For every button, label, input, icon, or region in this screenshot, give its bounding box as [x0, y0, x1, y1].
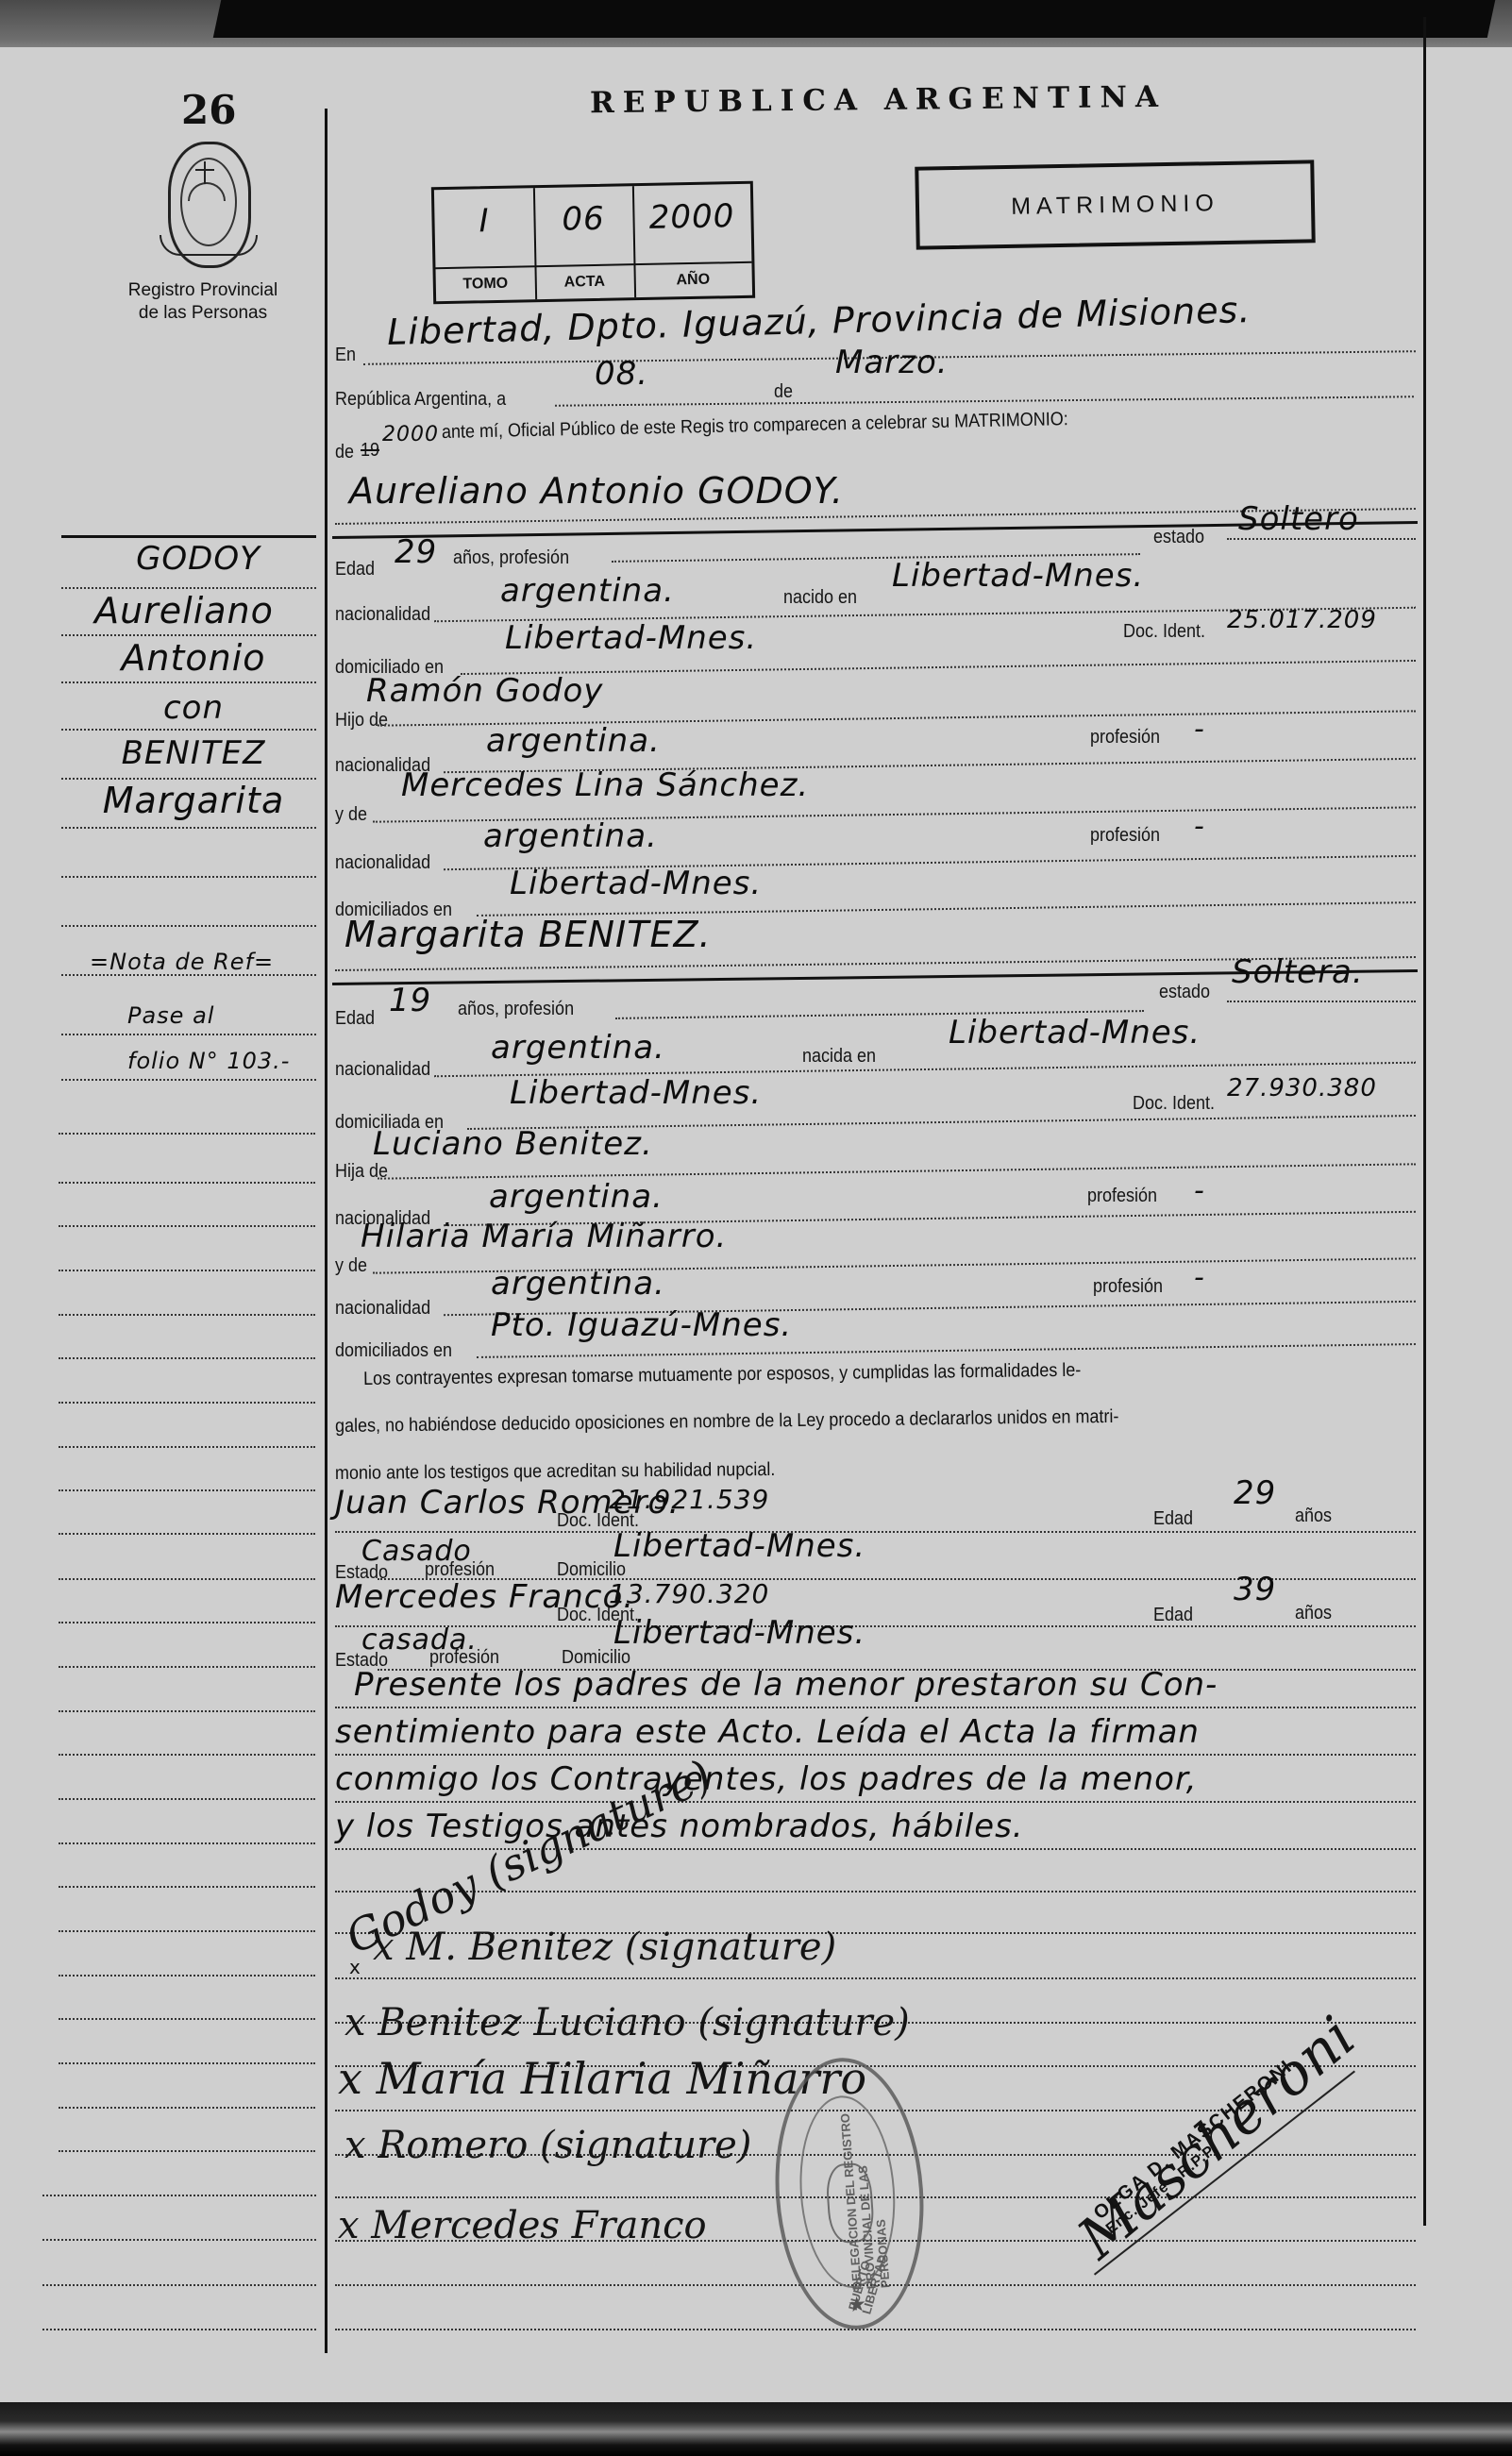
tomo-label: TOMO: [435, 265, 535, 301]
groom-father-prof: -: [1194, 713, 1205, 746]
note-line-2: sentimiento para este Acto. Leída el Act…: [335, 1713, 1200, 1751]
margin-rule: [59, 1314, 315, 1316]
bride-estado-line: [1227, 1001, 1416, 1002]
year-de-label: de: [335, 442, 354, 463]
bride-nacionalidad-label: nacionalidad: [335, 1059, 430, 1081]
day-value: 08.: [595, 355, 648, 393]
witness-2-signature: x Mercedes Franco: [338, 2204, 707, 2247]
note-rule-3: [335, 1801, 1416, 1803]
witness-1-anos-label: años: [1295, 1506, 1332, 1527]
margin-rule: [61, 587, 316, 589]
bride-mother: Hilaria María Miñarro.: [361, 1218, 727, 1255]
margin-rule: [59, 1578, 315, 1580]
republica-label: República Argentina, a: [335, 389, 506, 411]
witness-2-edad: 39: [1234, 1571, 1276, 1608]
margin-rule: [59, 2018, 315, 2020]
note-rule-2: [335, 1754, 1416, 1756]
margin-rule: [61, 974, 316, 976]
witness-2-doc: 13.790.320: [609, 1578, 769, 1609]
bride-full-name: Margarita BENITEZ.: [344, 914, 712, 955]
bride-edad-label: Edad: [335, 1008, 375, 1030]
margin-rule: [61, 1079, 316, 1081]
margin-rule: [59, 1402, 315, 1404]
bride-parents-dom: Pto. Iguazú-Mnes.: [491, 1306, 792, 1344]
note-rule-1: [335, 1707, 1416, 1708]
margin-rule: [61, 634, 316, 636]
year-value: 2000: [382, 423, 439, 446]
witness-2-domicilio: Libertad-Mnes.: [613, 1614, 865, 1652]
groom-parents-dom: Libertad-Mnes.: [510, 865, 762, 902]
bride-nacida-en: Libertad-Mnes.: [949, 1014, 1201, 1051]
bride-doc: 27.930.380: [1227, 1074, 1377, 1102]
signature-rule: [335, 1977, 1416, 1979]
margin-rule: [59, 1225, 315, 1227]
groom-nacido-label: nacido en: [783, 587, 857, 609]
groom-edad-label: Edad: [335, 559, 375, 580]
groom-edad: 29: [395, 533, 437, 571]
bride-estado: Soltera.: [1232, 953, 1364, 991]
margin-divider-line: [325, 109, 328, 2353]
witness-1-doc: 21.921.539: [609, 1484, 769, 1515]
groom-mother-prof-label: profesión: [1090, 825, 1160, 847]
bride-father: Luciano Benitez.: [373, 1125, 653, 1163]
margin-rule: [59, 1489, 315, 1491]
margin-connector: con: [85, 689, 302, 727]
right-border-line: [1423, 17, 1426, 2226]
x-mark: x: [349, 1956, 361, 1978]
groom-mother-label: y de: [335, 804, 367, 826]
country-title: REPUBLICA ARGENTINA: [590, 80, 1167, 120]
groom-doc-label: Doc. Ident.: [1123, 621, 1205, 643]
groom-doc: 25.017.209: [1227, 606, 1377, 634]
witness-2-line: [335, 1625, 1416, 1627]
note-line-1: Presente los padres de la menor prestaro…: [354, 1666, 1218, 1704]
registry-line-2: de las Personas: [94, 302, 311, 325]
groom-nacionalidad: argentina.: [500, 572, 675, 610]
bride-father-signature: x Benitez Luciano (signature): [344, 2001, 910, 2044]
bride-signature: x M. Benitez (signature): [373, 1926, 836, 1969]
witness-1-line: [335, 1531, 1416, 1533]
bride-nacionalidad: argentina.: [491, 1029, 665, 1067]
groom-estado-label: estado: [1153, 527, 1204, 548]
margin-rule: [61, 1034, 316, 1035]
anio-value: 2000: [632, 197, 751, 237]
margin-rule: [59, 1666, 315, 1668]
bride-nacida-label: nacida en: [802, 1046, 876, 1068]
margin-rule: [59, 1446, 315, 1448]
bride-mother-label: y de: [335, 1255, 367, 1277]
margin-rule: [59, 1842, 315, 1844]
margin-rule: [59, 1182, 315, 1184]
margin-groom-given-2: Antonio: [85, 637, 302, 679]
margin-rule: [59, 2062, 315, 2064]
groom-nacionalidad-label: nacionalidad: [335, 604, 430, 626]
groom-estado-line: [1227, 538, 1416, 540]
province-of-misiones-coat-of-arms-icon: [168, 142, 251, 268]
photo-bottom-edge: [0, 2402, 1512, 2456]
margin-rule: [59, 1533, 315, 1535]
margin-bride-surname: BENITEZ: [85, 734, 302, 772]
anio-cell: 2000 AÑO: [632, 184, 752, 297]
acta-label: ACTA: [534, 263, 634, 299]
margin-rule: [59, 1886, 315, 1888]
bride-mother-nac: argentina.: [491, 1265, 665, 1303]
margin-rule: [61, 681, 316, 683]
margin-rule: [59, 1798, 315, 1800]
record-number-box: I TOMO 06 ACTA 2000 AÑO: [431, 181, 755, 305]
declaration-line-3: monio ante los testigos que acreditan su…: [335, 1459, 775, 1485]
groom-mother-nac-label: nacionalidad: [335, 852, 430, 874]
acta-value: 06: [533, 199, 633, 239]
year-struck: 19: [361, 440, 379, 462]
bride-father-prof: -: [1194, 1174, 1205, 1207]
margin-rule: [59, 1133, 315, 1135]
star-icon: ★: [847, 2292, 866, 2317]
signature-rule: [335, 2329, 1416, 2330]
margin-rule: [61, 876, 316, 878]
margin-rule: [59, 1357, 315, 1359]
margin-note-line-3: folio N° 103.-: [127, 1048, 290, 1074]
note-line-3: conmigo los Contrayentes, los padres de …: [335, 1760, 1198, 1798]
groom-mother-prof: -: [1194, 810, 1205, 843]
margin-rule: [59, 1622, 315, 1623]
bride-estado-label: estado: [1159, 982, 1210, 1003]
margin-rule: [42, 2239, 316, 2241]
groom-father: Ramón Godoy: [366, 672, 603, 710]
bride-anos-label: años, profesión: [458, 999, 574, 1020]
bride-father-prof-label: profesión: [1087, 1186, 1157, 1207]
margin-rule: [61, 729, 316, 731]
record-type-box: MATRIMONIO: [915, 160, 1315, 249]
witness-2-edad-label: Edad: [1153, 1605, 1193, 1626]
bride-edad: 19: [389, 982, 431, 1019]
margin-rule: [42, 2195, 316, 2196]
margin-rule: [59, 1975, 315, 1977]
record-type-label: MATRIMONIO: [1011, 190, 1219, 221]
margin-rule: [59, 1710, 315, 1712]
bride-mother-signature: x María Hilaria Miñarro: [338, 2053, 866, 2104]
margin-rule: [59, 1754, 315, 1756]
groom-full-name: Aureliano Antonio GODOY.: [349, 470, 844, 512]
groom-mother: Mercedes Lina Sánchez.: [401, 766, 809, 804]
groom-mother-nac: argentina.: [483, 817, 658, 855]
groom-father-label: Hijo de: [335, 710, 388, 732]
margin-rule: [61, 827, 316, 829]
margin-rule: [42, 2329, 316, 2330]
margin-bride-given: Margarita: [85, 780, 302, 821]
bride-mother-nac-label: nacionalidad: [335, 1298, 430, 1320]
margin-rule: [61, 925, 316, 927]
groom-anos-label: años, profesión: [453, 547, 569, 569]
witness-1-edad: 29: [1234, 1474, 1276, 1512]
groom-estado: Soltero: [1238, 500, 1359, 538]
bride-parents-dom-label: domiciliados en: [335, 1340, 452, 1362]
margin-rule: [42, 2284, 316, 2286]
month-value: Marzo.: [835, 344, 949, 381]
margin-rule: [59, 1930, 315, 1932]
registry-name: Registro Provincial de las Personas: [94, 279, 311, 325]
groom-nacido-en: Libertad-Mnes.: [892, 557, 1144, 595]
margin-divider: [61, 535, 316, 538]
witness-2-anos-label: años: [1295, 1603, 1332, 1624]
witness-1-edad-label: Edad: [1153, 1508, 1193, 1530]
witness-1-signature: x Romero (signature): [344, 2124, 751, 2167]
tomo-value: I: [434, 201, 534, 241]
bride-father-nac: argentina.: [489, 1178, 664, 1216]
margin-note-line-2: Pase al: [127, 1002, 214, 1029]
margin-rule: [59, 2150, 315, 2152]
margin-groom-given-1: Aureliano: [71, 590, 297, 631]
bride-mother-prof-label: profesión: [1093, 1276, 1163, 1298]
margin-rule: [59, 2107, 315, 2109]
bride-domicilio: Libertad-Mnes.: [510, 1074, 762, 1112]
witness-1-domicilio: Libertad-Mnes.: [613, 1527, 865, 1565]
bride-mother-prof: -: [1194, 1261, 1205, 1294]
page-number: 26: [181, 87, 236, 133]
bride-doc-label: Doc. Ident.: [1133, 1093, 1215, 1115]
month-de-label: de: [774, 381, 793, 403]
margin-rule: [59, 1270, 315, 1271]
groom-domicilio: Libertad-Mnes.: [505, 619, 757, 657]
margin-note-line-1: =Nota de Ref=: [90, 949, 274, 975]
acta-cell: 06 ACTA: [533, 186, 636, 299]
en-label: En: [335, 345, 356, 366]
tomo-cell: I TOMO: [434, 188, 537, 301]
anio-label: AÑO: [633, 261, 752, 297]
registry-line-1: Registro Provincial: [94, 279, 311, 302]
groom-father-nac: argentina.: [486, 722, 661, 760]
margin-groom-surname: GODOY: [104, 540, 293, 578]
groom-father-prof-label: profesión: [1090, 727, 1160, 749]
